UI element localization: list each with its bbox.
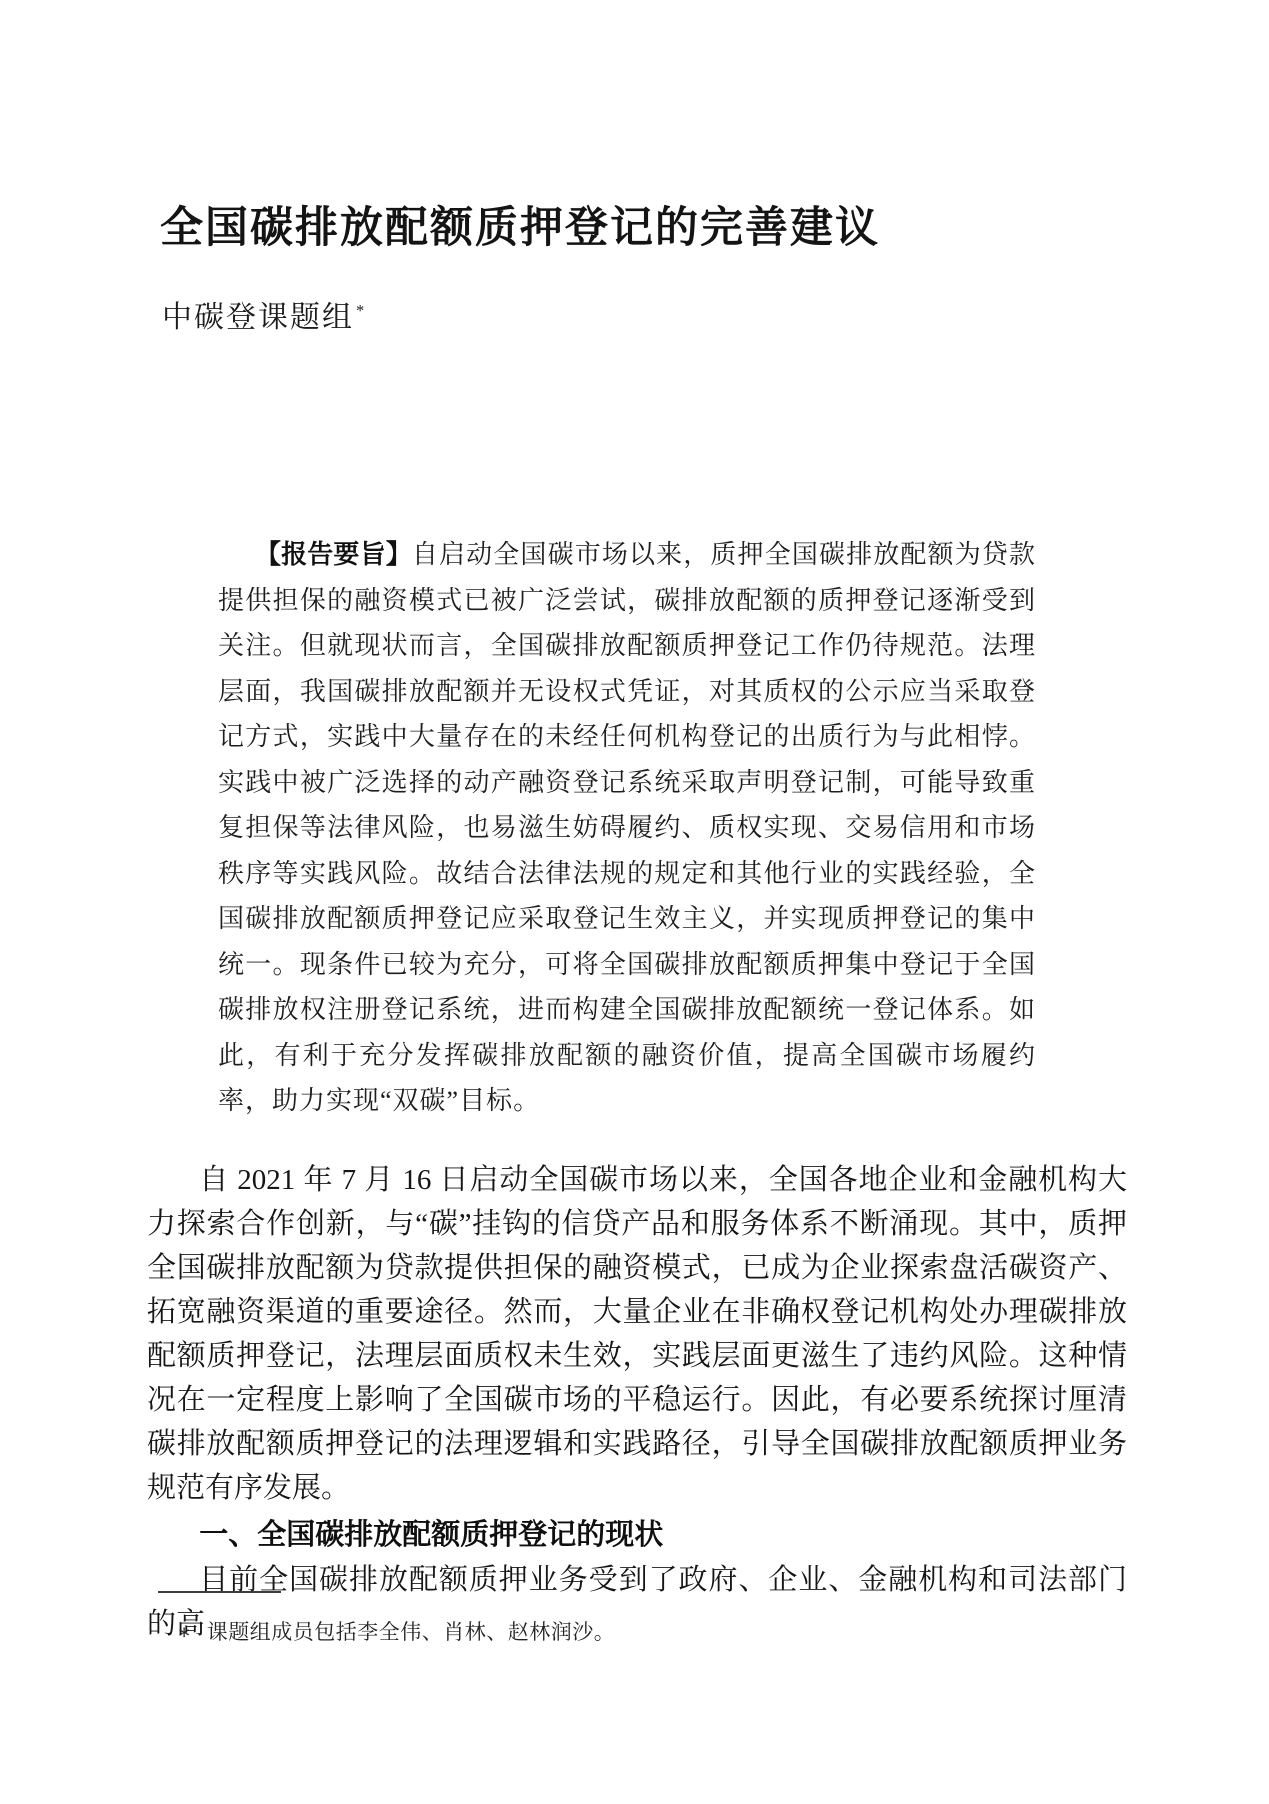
author-footnote-marker: *	[356, 301, 366, 320]
footnote-text: 课题组成员包括李全伟、肖林、赵林润沙。	[207, 1620, 616, 1644]
footnote-symbol: ∗	[177, 1620, 192, 1644]
author-name: 中碳登课题组	[162, 301, 354, 334]
abstract-text: 自启动全国碳市场以来，质押全国碳排放配额为贷款提供担保的融资模式已被广泛尝试，碳…	[218, 540, 1036, 1115]
footnote-divider	[158, 1591, 281, 1593]
abstract-label: 【报告要旨】	[255, 539, 412, 569]
footnote: ∗课题组成员包括李全伟、肖林、赵林润沙。	[177, 1616, 615, 1646]
author-line: 中碳登课题组*	[162, 292, 366, 336]
abstract-block: 【报告要旨】自启动全国碳市场以来，质押全国碳排放配额为贷款提供担保的融资模式已被…	[218, 532, 1036, 1124]
body-paragraph-1: 自 2021 年 7 月 16 日启动全国碳市场以来，全国各地企业和金融机构大力…	[147, 1158, 1127, 1510]
section-heading: 一、全国碳排放配额质押登记的现状	[147, 1512, 1127, 1558]
body-content: 自 2021 年 7 月 16 日启动全国碳市场以来，全国各地企业和金融机构大力…	[147, 1158, 1127, 1646]
paper-title: 全国碳排放配额质押登记的完善建议	[160, 194, 880, 255]
document-page: 全国碳排放配额质押登记的完善建议 中碳登课题组* 【报告要旨】自启动全国碳市场以…	[0, 0, 1269, 1804]
